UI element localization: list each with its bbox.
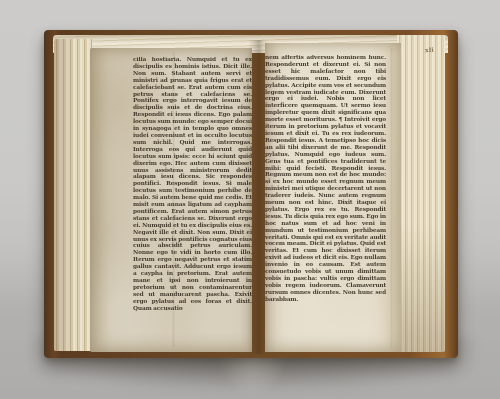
folio-number: xli [425,47,435,55]
open-book: cilla hostiaria. Numquid et tu ex discip… [44,30,458,358]
right-page-text: nem affertis adversus hominem hunc. Resp… [265,55,386,304]
right-page-crease [390,48,393,348]
page-edges-right [397,35,445,352]
photo-backdrop: cilla hostiaria. Numquid et tu ex discip… [0,0,500,399]
backdrop-light-patch [218,352,288,398]
left-page-text: cilla hostiaria. Numquid et tu ex discip… [133,57,252,313]
page-edges-left [54,39,92,351]
